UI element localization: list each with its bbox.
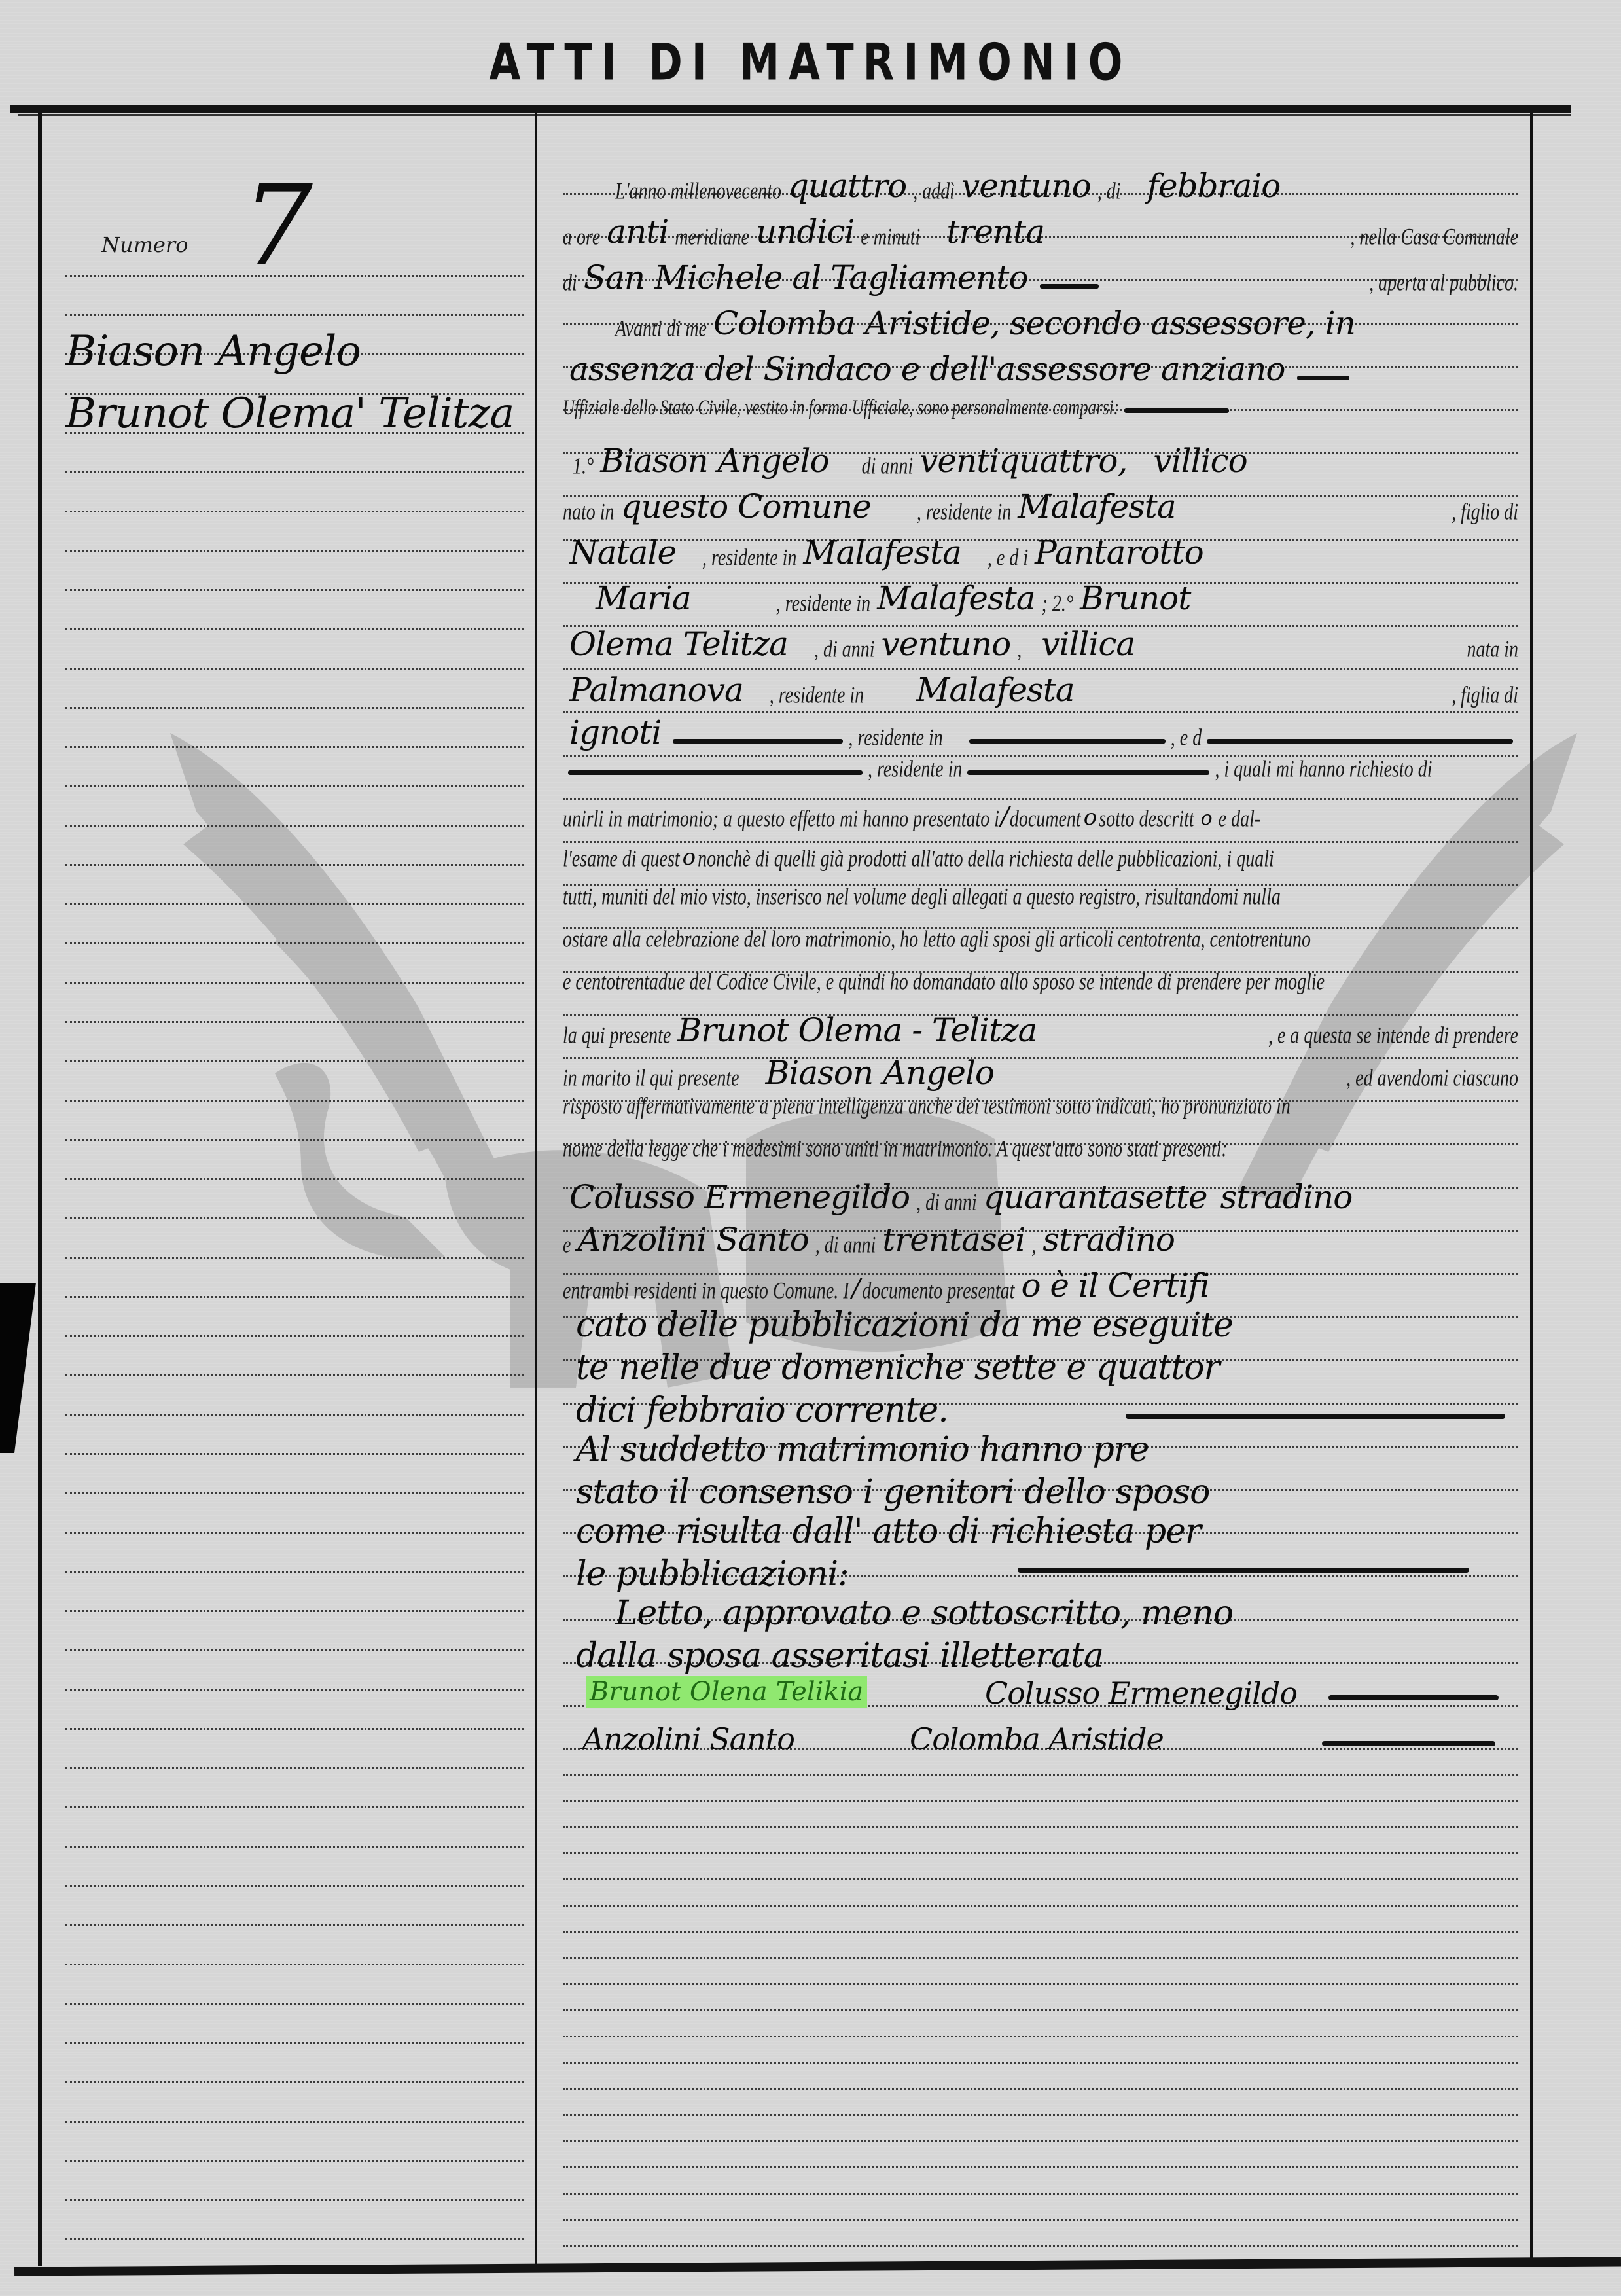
printed-text: in marito il qui presente [563,1065,739,1092]
printed-text: , e a questa se intende di prendere [1268,1022,1518,1050]
handwritten-line: Letto, approvato e sottoscritto, meno [615,1594,1233,1633]
printed-text: nato in [563,499,615,526]
ruled-line [65,1217,524,1219]
printed-text: e [563,1232,571,1259]
ruled-line [65,1335,524,1337]
printed-text: e centotrentadue del Codice Civile, e qu… [563,969,1325,996]
ruled-line [65,1964,524,1965]
numero-label: Numero [101,232,188,257]
bride-parents-handwritten: ignoti [569,713,661,751]
minutes-handwritten: trenta [946,213,1044,251]
fill-stroke [1328,1695,1499,1700]
frame-top-rule [18,114,1571,116]
ruled-line [65,471,524,473]
handwritten-mark: o [683,844,695,870]
record-line-groom-mother: Maria , residente in Malafesta ; 2.° Bru… [563,579,1518,617]
ruled-line [65,746,524,748]
ruled-line [65,1492,524,1494]
record-line-officer-cont: assenza del Sindaco e dell'assessore anz… [563,350,1518,388]
ruled-line [65,1532,524,1534]
signature-bride-highlighted[interactable]: Brunot Olena Telikia [586,1677,867,1707]
record-line-bride: Olema Telitza , di anni ventuno , villic… [563,625,1518,663]
certificate-handwritten: o è il Certifi [1021,1266,1209,1304]
ruled-line [563,2062,1518,2064]
bride-name-handwritten: Brunot Olema - Telitza [677,1011,1037,1049]
ruled-line [563,1983,1518,1985]
printed-text: , figlio di [1452,499,1518,526]
printed-text: , di [1097,178,1121,206]
record-line-blank-parent: , residente in , i quali mi hanno richie… [563,759,1518,780]
printed-text: , di anni [815,1232,876,1259]
record-line-time: a ore anti meridiane undici e minuti tre… [563,213,1518,251]
ruled-line [65,1414,524,1416]
ruled-line [563,2114,1518,2116]
printed-text: , residente in [702,545,796,572]
printed-text: a ore [563,224,600,251]
printed-text: , residente in [848,725,942,752]
record-line-printed: tutti, muniti del mio visto, inserisco n… [563,887,1518,908]
printed-text: e minuti [861,224,920,251]
groom-birthplace-handwritten: questo Comune [621,488,871,526]
record-line-place: di San Michele al Tagliamento , aperta a… [563,259,1518,296]
fill-stroke [1126,1414,1505,1419]
ruled-line [65,1610,524,1612]
printed-text: Avanti di me [615,315,707,343]
margin-name-bride: Brunot Olema' Telitza [65,389,514,438]
groom-age-handwritten: ventiquattro, [919,442,1127,480]
father-residence-handwritten: Malafesta [803,533,961,571]
left-border [38,113,42,2266]
record-line-officer: Avanti di me Colomba Aristide, secondo a… [563,304,1571,342]
printed-text: , e d i [988,545,1028,572]
ruled-line [65,1100,524,1102]
ruled-line [563,668,1518,670]
handwritten-line: dalla sposa asseritasi illetterata [576,1636,1103,1676]
printed-text: entrambi residenti in questo Comune. I [563,1278,849,1305]
record-line-printed: ostare alla celebrazione del loro matrim… [563,929,1518,950]
printed-text: ; 2.° [1042,590,1074,618]
printed-text: , residente in [917,499,1011,526]
printed-text: , residente in [776,590,870,618]
printed-text: meridiane [675,224,749,251]
ruled-line [65,1728,524,1730]
handwritten-mark: / [1001,802,1008,831]
ruled-line [563,2009,1518,2011]
printed-text: , [1031,1232,1036,1259]
ruled-line [65,864,524,866]
ruled-line [65,314,524,316]
printed-text: 1.° [573,453,594,480]
year-handwritten: quattro [788,167,906,205]
witness1-age-handwritten: quarantasette [984,1178,1207,1216]
ruled-line [65,785,524,787]
witness2-name-handwritten: Anzolini Santo [577,1221,808,1259]
ruled-line [65,628,524,630]
handwritten-line: stato il consenso i genitori dello sposo [576,1473,1210,1512]
groom-mother-surname-handwritten: Pantarotto [1035,533,1203,571]
record-line-bride-present: la qui presente Brunot Olema - Telitza ,… [563,1011,1518,1049]
groom-residence-handwritten: Malafesta [1018,488,1175,526]
ruled-line [563,2245,1518,2247]
groom-name-handwritten: Biason Angelo [600,442,828,480]
record-line-ufficiale: Uffiziale dello Stato Civile, vestito in… [563,399,1518,418]
printed-text: , i quali mi hanno richiesto di [1215,756,1432,783]
printed-text: nome della legge che i medesimi sono uni… [563,1136,1228,1163]
ruled-line [65,1806,524,1808]
ruled-line [65,903,524,905]
printed-text: unirli in matrimonio; a questo effetto m… [563,806,999,833]
printed-text: , di anni [916,1189,977,1217]
ruled-line [65,1571,524,1573]
ruled-line [65,1296,524,1298]
groom-name-handwritten: Biason Angelo [766,1054,994,1092]
printed-text: sotto descritt [1099,806,1194,833]
ruled-line [65,982,524,984]
printed-text: l'esame di quest [563,846,680,873]
handwritten-line: come risulta dall' atto di richiesta per [576,1512,1201,1551]
ruled-line [65,1060,524,1062]
ruled-line [563,1774,1518,1776]
ruled-line [65,1453,524,1455]
printed-text: Uffiziale dello Stato Civile, vestito in… [563,397,1119,420]
bride-name-handwritten: Olema Telitza [569,625,788,663]
ruled-line [65,1689,524,1691]
record-line-witness2: e Anzolini Santo , di anni trentasei , s… [563,1221,1518,1259]
ruled-line [65,2121,524,2123]
officer-handwritten: assenza del Sindaco e dell'assessore anz… [569,350,1285,388]
ruled-line [65,2003,524,2005]
groom-mother-handwritten: Maria [596,579,691,617]
ruled-line [563,2166,1518,2168]
handwritten-line: dici febbraio corrente. [576,1391,948,1430]
ruled-line [65,1257,524,1259]
ruled-line [65,825,524,827]
record-line-groom-father: Natale , residente in Malafesta , e d i … [563,533,1518,571]
ruled-line [65,2081,524,2083]
page-title: ATTI DI MATRIMONIO [0,32,1621,92]
ruled-line [563,2193,1518,2195]
ruled-line [65,2042,524,2044]
hour-handwritten: undici [756,213,854,251]
ruled-line [65,1649,524,1651]
ruled-line [563,2219,1518,2221]
record-line-esame: l'esame di quest o nonchè di quelli già … [563,844,1518,870]
record-line-groom: 1.° Biason Angelo di anni ventiquattro, … [563,442,1528,480]
printed-text: nata in [1467,636,1518,664]
record-line-date: L'anno millenovecento quattro , addì ven… [563,167,1571,205]
printed-text: ostare alla celebrazione del loro matrim… [563,926,1311,954]
ruled-line [563,798,1518,800]
printed-text: L'anno millenovecento [615,178,781,206]
comune-handwritten: San Michele al Tagliamento [584,259,1028,296]
ruled-line [65,2238,524,2240]
printed-text: , ed avendomi ciascuno [1346,1065,1518,1092]
bride-age-handwritten: ventuno [882,625,1011,663]
day-handwritten: ventuno [961,167,1091,205]
printed-text: risposto affermativamente a piena intell… [563,1093,1291,1121]
bride-occupation-handwritten: villica [1041,625,1135,663]
right-border [1530,113,1533,2266]
printed-text: di [563,270,577,297]
record-line-residenti: entrambi residenti in questo Comune. I /… [563,1266,1518,1304]
signature-officer: Colomba Aristide [910,1721,1164,1757]
ruled-line [563,2088,1518,2090]
record-line-groom-present: in marito il qui presente Biason Angelo … [563,1054,1518,1092]
handwritten-line: cato delle pubblicazioni da me eseguite [576,1306,1233,1345]
ruled-line [65,1139,524,1141]
signature-witness2: Anzolini Santo [582,1721,794,1757]
ruled-line [65,668,524,670]
ruled-line [65,589,524,591]
ruled-line [563,1957,1518,1959]
ruled-line [563,1905,1518,1907]
ruled-line [65,1767,524,1769]
ruled-line [563,1878,1518,1880]
ruled-line [563,1800,1518,1802]
highlighted-name: Brunot Olena Telikia [586,1676,867,1708]
record-line-witness1: Colusso Ermenegildo , di anni quarantase… [563,1178,1518,1216]
witness1-occupation-handwritten: stradino [1220,1178,1353,1216]
margin-name-groom: Biason Angelo [65,327,361,376]
ruled-line [563,1826,1518,1828]
printed-text: , di anni [814,636,875,664]
handwritten-line: te nelle due domeniche sette e quattor [576,1348,1219,1388]
witness1-name-handwritten: Colusso Ermenegildo [569,1178,910,1216]
record-line-bride-birth: Palmanova , residente in Malafesta , fig… [563,671,1518,709]
ruled-line [563,1852,1518,1854]
frame-top-border [10,105,1571,113]
handwritten-line: le pubblicazioni: [576,1554,849,1594]
ruled-line [65,1178,524,1180]
printed-text: document [1010,806,1081,833]
printed-text: di anni [862,453,914,480]
fill-stroke [1322,1741,1495,1746]
ruled-line [563,2140,1518,2142]
ruled-line [65,511,524,512]
ruled-line [563,2036,1518,2037]
ruled-line [65,1374,524,1376]
record-line-printed: risposto affermativamente a piena intell… [563,1096,1518,1117]
handwritten-line: Al suddetto matrimonio hanno pre [576,1430,1149,1469]
printed-text: nonchè di quelli già prodotti all'atto d… [698,846,1274,873]
fill-stroke [1018,1568,1469,1573]
ruled-line [65,1846,524,1848]
bride-birthplace-handwritten: Palmanova [569,671,743,709]
time-handwritten: anti [607,213,668,251]
printed-text: , e d [1171,725,1202,752]
record-line-documents: unirli in matrimonio; a questo effetto m… [563,802,1518,831]
ruled-line [65,1885,524,1887]
ruled-line [65,707,524,709]
bride-residence-handwritten: Malafesta [916,671,1074,709]
groom-father-handwritten: Natale [569,533,676,571]
ruled-line [65,2199,524,2201]
printed-text: , [1017,636,1022,664]
mother-residence-handwritten: Malafesta [877,579,1035,617]
ruled-line [65,1021,524,1023]
printed-text: , residente in [868,756,962,783]
ruled-line [65,2160,524,2162]
ruled-line [65,550,524,552]
printed-text: , residente in [770,682,864,709]
groom-occupation-handwritten: villico [1153,442,1247,480]
ruled-line [65,942,524,944]
record-number: 7 [242,170,313,281]
record-line-groom-birth: nato in questo Comune , residente in Mal… [563,488,1518,526]
printed-text: e dal- [1219,806,1261,833]
printed-text: documento presentat [862,1278,1014,1305]
witness2-occupation-handwritten: stradino [1042,1221,1175,1259]
printed-text: , figlia di [1452,682,1518,709]
ruled-line [563,1931,1518,1933]
printed-text: la qui presente [563,1022,671,1050]
record-line-bride-parents: ignoti , residente in , e d [563,713,1518,751]
printed-text: , addì [913,178,955,206]
bride-surname-handwritten: Brunot [1080,579,1190,617]
signature-witness1: Colusso Ermenegildo [985,1676,1297,1711]
handwritten-mark: o [1201,807,1212,830]
printed-text: tutti, muniti del mio visto, inserisco n… [563,884,1281,911]
column-divider [535,113,537,2266]
printed-text: , aperta al pubblico. [1369,270,1518,297]
ruled-line [65,1924,524,1926]
handwritten-mark: / [852,1274,860,1302]
record-line-printed: nome della legge che i medesimi sono uni… [563,1139,1518,1160]
printed-text: , nella Casa Comunale [1350,224,1518,251]
ruled-line [563,841,1518,843]
witness2-age-handwritten: trentasei [882,1221,1025,1259]
handwritten-mark: o [1084,804,1096,831]
record-line-printed: e centotrentadue del Codice Civile, e qu… [563,972,1518,993]
month-handwritten: febbraio [1147,167,1280,205]
officer-handwritten: Colomba Aristide, secondo assessore, in [713,304,1355,342]
